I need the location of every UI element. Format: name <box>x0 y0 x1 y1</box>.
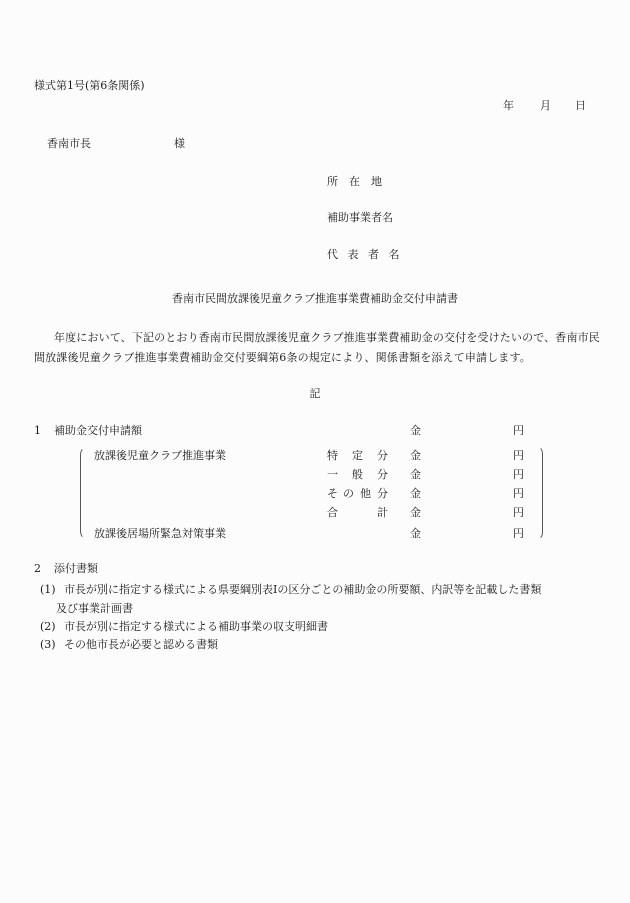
row-en: 円 <box>513 469 524 480</box>
sub-char: 分 <box>377 488 388 499</box>
sub-char: 定 <box>352 450 377 461</box>
document-title: 香南市民間放課後児童クラブ推進事業費補助金交付申請書 <box>0 293 630 304</box>
sub-char: 合 <box>327 507 377 518</box>
attachment-item-1: (1)市長が別に指定する様式による県要綱別表Ⅰの区分ごとの補助金の所要額、内訳等… <box>40 584 541 595</box>
row-en: 円 <box>513 528 524 539</box>
sub-char: 分 <box>377 450 388 461</box>
row-kin: 金 <box>410 469 421 480</box>
section2-title: 2添付書類 <box>34 563 98 574</box>
sub-char: 一 <box>327 469 352 480</box>
date-line: 年月日 <box>503 100 586 111</box>
sub-label-ippan: 一般分 <box>327 469 388 480</box>
sub-char: 特 <box>327 450 352 461</box>
row-label-emergency: 放課後居場所緊急対策事業 <box>94 528 226 539</box>
sub-char: 分 <box>377 469 388 480</box>
row-en: 円 <box>513 488 524 499</box>
addressee: 香南市長 様 <box>47 138 91 149</box>
business-name-label: 補助事業者名 <box>327 212 393 223</box>
row-en: 円 <box>513 450 524 461</box>
item-marker: (3) <box>40 639 64 650</box>
addressee-name: 香南市長 <box>47 137 91 150</box>
section2-number: 2 <box>34 563 54 574</box>
row-en: 円 <box>513 507 524 518</box>
representative-label: 代 表 者 名 <box>327 249 403 260</box>
total-en: 円 <box>513 425 524 436</box>
section1-number: 1 <box>34 425 54 436</box>
item-marker: (1) <box>40 584 64 595</box>
row-kin: 金 <box>410 488 421 499</box>
sub-char: そ <box>327 488 343 499</box>
item-text: 市長が別に指定する様式による補助事業の収支明細書 <box>64 620 328 633</box>
row-kin: 金 <box>410 528 421 539</box>
attachment-item-3: (3)その他市長が必要と認める書類 <box>40 639 218 650</box>
sub-label-sonota: その他分 <box>327 488 388 499</box>
addressee-honorific: 様 <box>174 138 185 149</box>
item-text: 市長が別に指定する様式による県要綱別表Ⅰの区分ごとの補助金の所要額、内訳等を記載… <box>64 583 541 596</box>
sub-char: 計 <box>377 507 388 518</box>
date-year-label: 年 <box>503 100 540 111</box>
total-kin: 金 <box>410 425 421 436</box>
item-text: その他市長が必要と認める書類 <box>64 638 218 651</box>
sub-label-goukei: 合計 <box>327 507 388 518</box>
attachment-item-2: (2)市長が別に指定する様式による補助事業の収支明細書 <box>40 621 328 632</box>
location-label: 所 在 地 <box>327 176 382 187</box>
row-kin: 金 <box>410 507 421 518</box>
date-day-label: 日 <box>575 100 586 111</box>
row-label-afterschool-club: 放課後児童クラブ推進事業 <box>94 450 226 461</box>
sub-char: の <box>343 488 360 499</box>
attachment-item-1-continuation: 及び事業計画書 <box>56 603 133 614</box>
item-marker: (2) <box>40 621 64 632</box>
right-bracket <box>537 446 543 540</box>
section1-title: 1補助金交付申請額 <box>34 425 142 436</box>
sub-char: 般 <box>352 469 377 480</box>
left-bracket <box>80 447 86 539</box>
section2-label: 添付書類 <box>54 562 98 575</box>
sub-char: 他 <box>360 488 377 499</box>
row-kin: 金 <box>410 450 421 461</box>
date-month-label: 月 <box>540 100 575 111</box>
body-paragraph: 年度において、下記のとおり香南市民間放課後児童クラブ推進事業費補助金の交付を受け… <box>34 328 604 368</box>
ki-heading: 記 <box>0 388 630 399</box>
section1-label: 補助金交付申請額 <box>54 424 142 437</box>
form-number: 様式第1号(第6条関係) <box>34 80 145 91</box>
sub-label-tokutei: 特定分 <box>327 450 388 461</box>
